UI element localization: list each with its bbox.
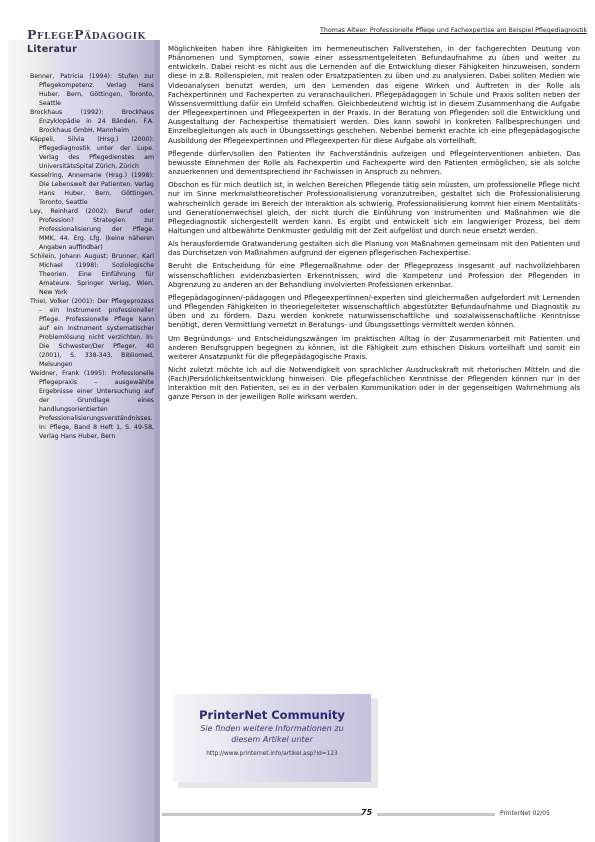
page-number: 75: [361, 808, 372, 817]
reference-item: Thiel, Volker (2001): Der Pflegeprozess …: [30, 297, 154, 369]
reference-item: Kesselring, Annemarie (Hrsg.) (1998): Di…: [30, 171, 154, 207]
reference-item: Weidner, Frank (1995): Professionelle Pf…: [30, 369, 154, 441]
reference-item: Brockhaus (1992): Brockhaus Enzyklopädie…: [30, 108, 154, 135]
reference-item: Schilein, Johann August; Brunner, Karl M…: [30, 252, 154, 297]
running-head: Thomas Alteer: Professionelle Pflege und…: [320, 27, 587, 34]
article-body: Möglichkeiten haben ihre Fähigkeiten im …: [168, 44, 580, 406]
promo-url-link[interactable]: http://www.printernet.info/artikel.asp?i…: [173, 751, 371, 757]
body-paragraph: Beruht die Entscheidung für eine Pflegem…: [168, 261, 580, 288]
footer-rule-left: [162, 813, 362, 816]
body-paragraph: Pflegende dürfen/sollen den Patienten ih…: [168, 149, 580, 176]
body-paragraph: Nicht zuletzt möchte ich auf die Notwend…: [168, 365, 580, 402]
literature-heading: Literatur: [27, 44, 77, 55]
body-paragraph: Um Begründungs- und Entscheidungszwängen…: [168, 334, 580, 361]
issue-label: PrInterNet 02/05: [500, 810, 550, 817]
printernet-community-box: PrinterNet Community Sie finden weitere …: [173, 694, 371, 782]
body-paragraph: Möglichkeiten haben ihre Fähigkeiten im …: [168, 44, 580, 145]
journal-title: PflegePädagogik: [27, 27, 146, 42]
sidebar-edge-rule: [155, 40, 159, 842]
reference-item: Benner, Patricia (1994): Stufen zur Pfle…: [30, 72, 154, 108]
reference-item: Käppeli, Silvia (Hrsg.) (2000): Pflegedi…: [30, 135, 154, 171]
body-paragraph: Pflegepädagoginnen/-pädagogen und Pflege…: [168, 293, 580, 330]
promo-subtitle: Sie finden weitere Informationen zu dies…: [173, 724, 371, 745]
promo-title: PrinterNet Community: [173, 708, 371, 722]
footer-rule-right: [377, 813, 495, 816]
reference-item: Ley, Reinhard (2002): Beruf oder Profess…: [30, 207, 154, 252]
reference-list: Benner, Patricia (1994): Stufen zur Pfle…: [30, 72, 154, 441]
body-paragraph: Als herausfordernde Gratwanderung gestal…: [168, 239, 580, 257]
body-paragraph: Obschon es für mich deutlich ist, in wel…: [168, 180, 580, 235]
